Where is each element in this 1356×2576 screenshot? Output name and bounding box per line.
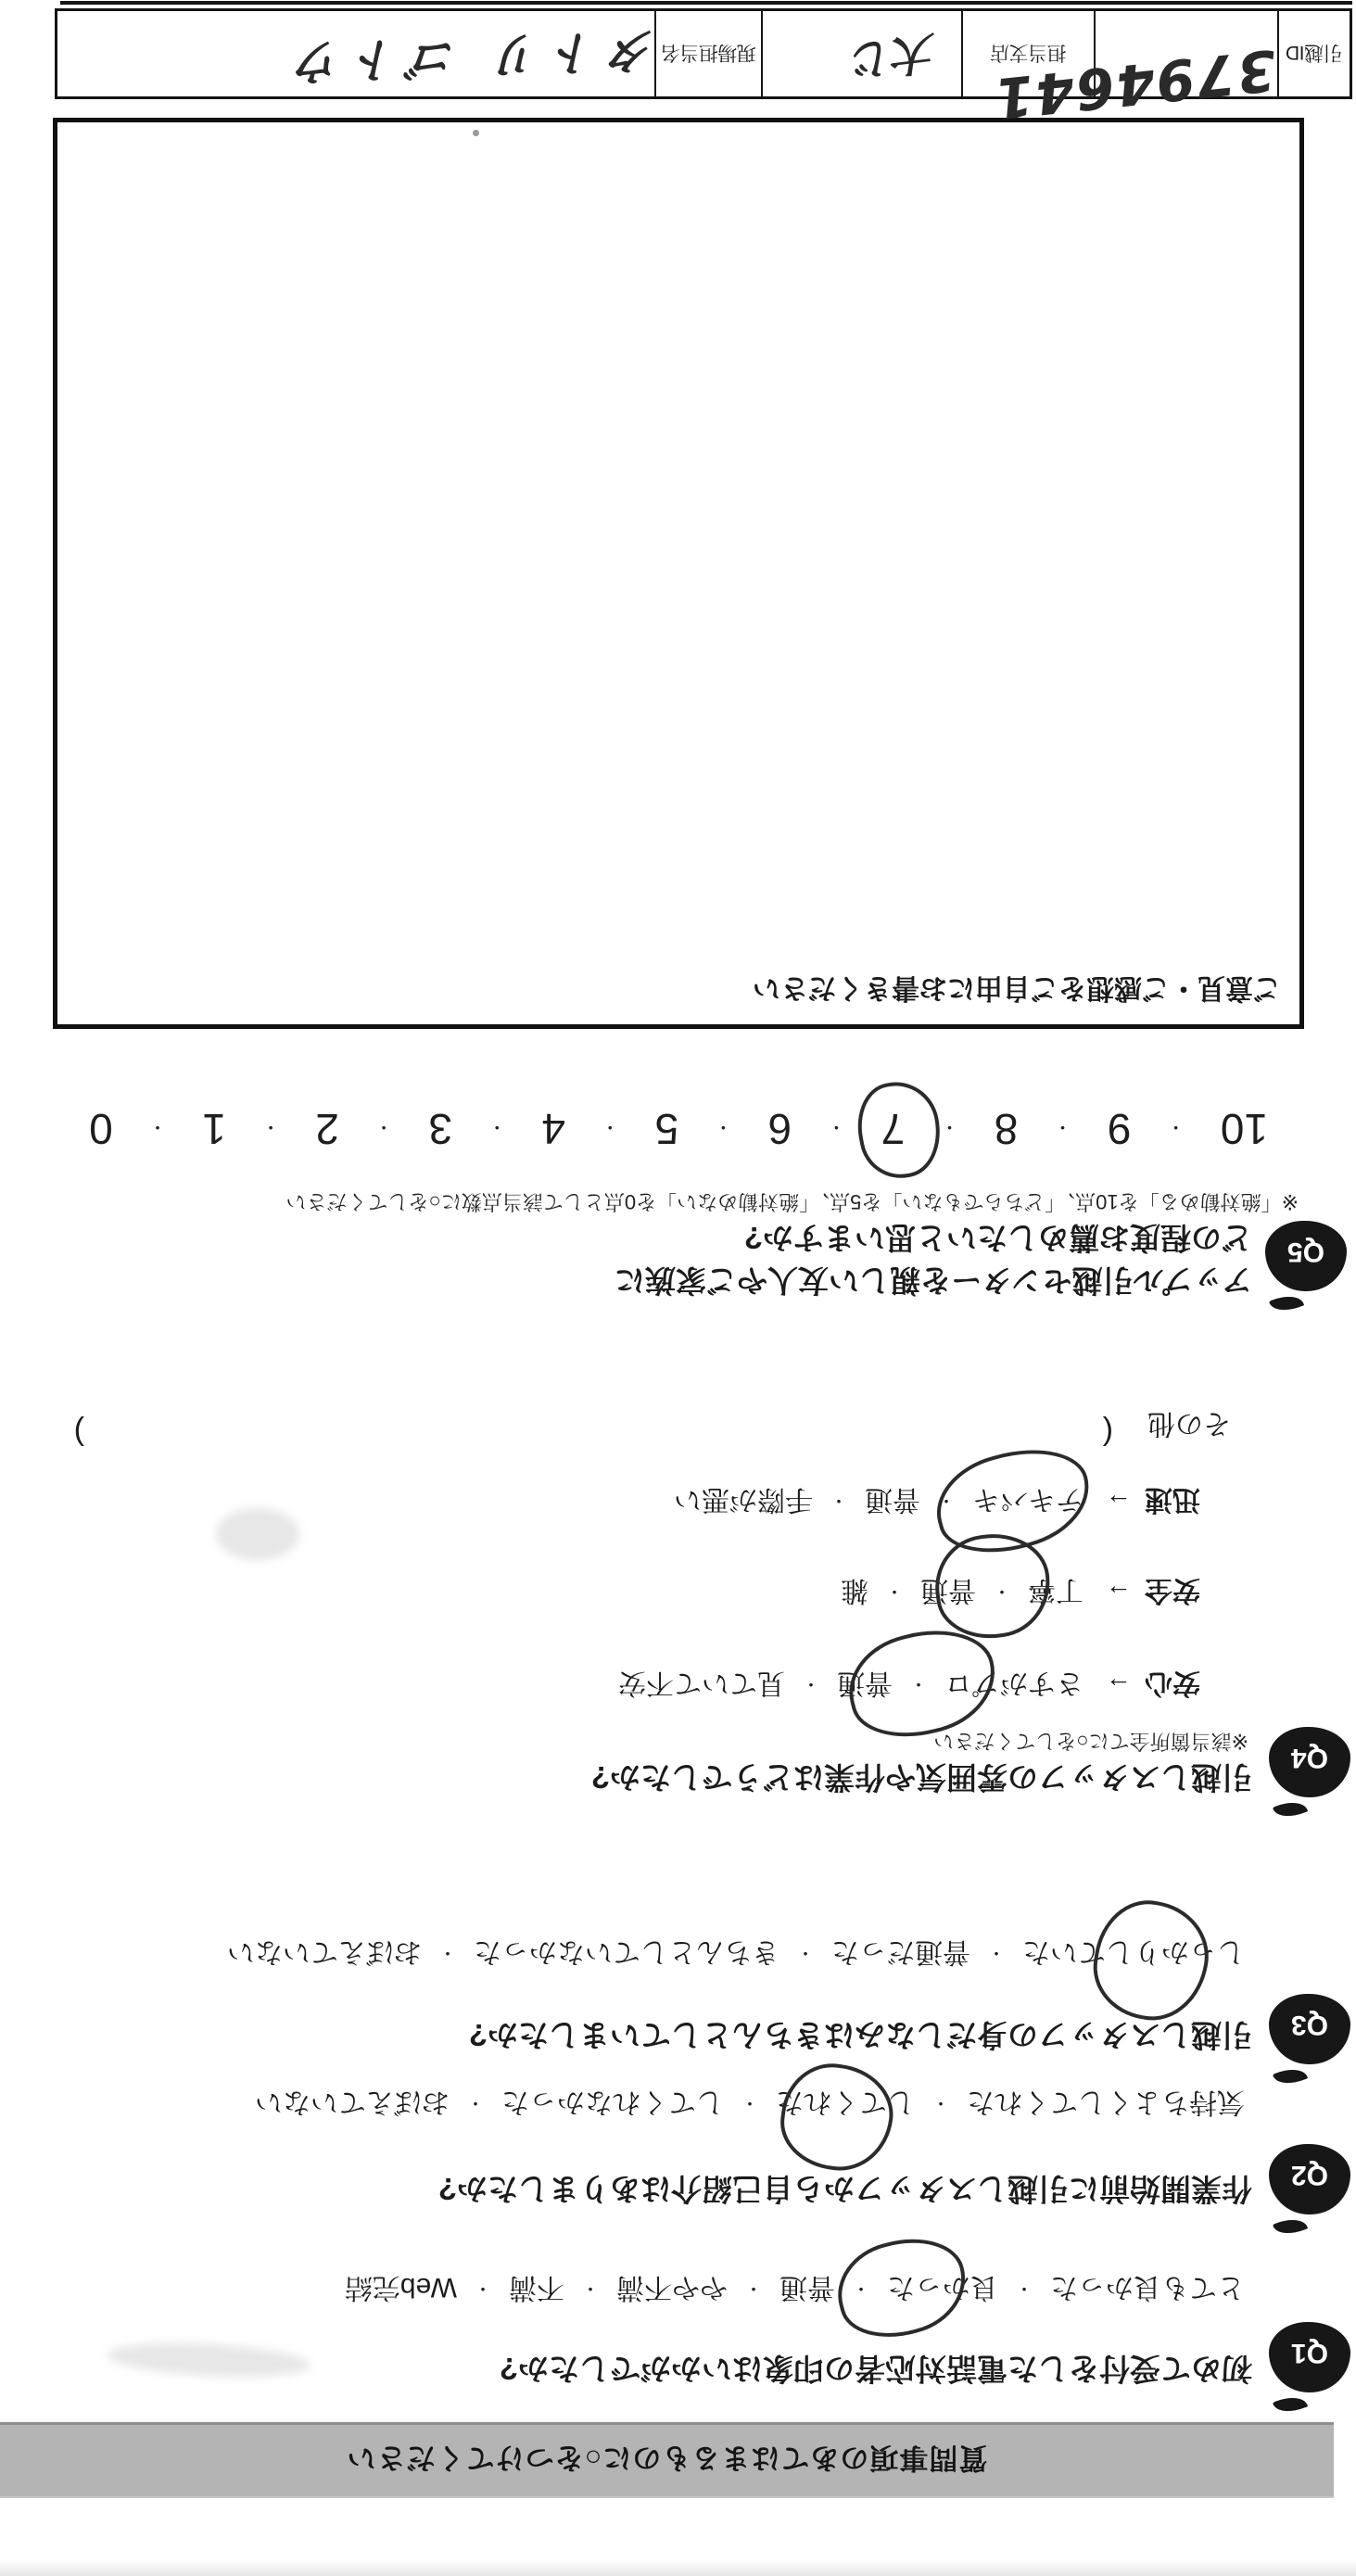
q4-other-label: その他 — [1147, 1406, 1231, 1447]
q3-title: 引越しスタッフの身だしなみはきちんとしていましたか? — [469, 2015, 1252, 2059]
separator-dot: ・ — [744, 2278, 763, 2304]
separator-dot: ・ — [802, 1673, 820, 1700]
separator-dot: ・ — [601, 1116, 619, 1143]
arrow-icon: → — [1106, 1488, 1132, 1517]
scan-smudge — [106, 2339, 310, 2380]
scale-3: 3 — [428, 1104, 452, 1154]
apple-leaf-icon — [1273, 2062, 1308, 2089]
q3-badge-label: Q3 — [1269, 2009, 1350, 2040]
arrow-icon: → — [1106, 1671, 1132, 1701]
q5-note: ※「絶対勧める」を10点、「どちらでもない」を5点、「絶対勧めない」を0点として… — [286, 1188, 1299, 1217]
q4-row2-label: 安全 — [1145, 1573, 1200, 1614]
moving-id-label: 引越ID — [1277, 11, 1350, 96]
scale-5: 5 — [655, 1104, 679, 1154]
site-staff-label: 現場担当名 — [654, 11, 761, 96]
q1-option-4: やや不満 — [616, 2270, 728, 2311]
q4-row1-label: 安心 — [1145, 1666, 1200, 1707]
q4-row3-option-2: 普通 — [865, 1482, 920, 1523]
form-title-banner: 質問事項のあてはまるものに○をつけてください — [0, 2422, 1334, 2498]
separator-dot: ・ — [987, 1942, 1006, 1969]
comment-box: ご意見・ご感想をご自由にお書きください — [53, 118, 1304, 1029]
q2-option-4: おぼえていない — [255, 2085, 450, 2126]
q4-title: 引越しスタッフの雰囲気や作業はどうでしたか? — [591, 1758, 1252, 1801]
scale-9: 9 — [1108, 1104, 1132, 1154]
separator-dot: ・ — [474, 2278, 492, 2304]
q4-badge-label: Q4 — [1269, 1742, 1350, 1773]
separator-dot: ・ — [466, 2092, 485, 2119]
q4-note: ※該当箇所全てに○をしてください — [933, 1728, 1248, 1757]
q1-option-6: Web完結 — [345, 2270, 457, 2311]
q2-option-3: してくれなかった — [501, 2085, 724, 2126]
apple-leaf-icon — [1269, 1289, 1304, 1316]
separator-dot: ・ — [261, 1116, 280, 1143]
scan-smudge — [216, 1508, 299, 1560]
q2-title: 作業開始前に引越しスタッフから自己紹介はありましたか? — [438, 2169, 1252, 2213]
separator-dot: ・ — [581, 2278, 600, 2304]
separator-dot: ・ — [148, 1116, 167, 1143]
arrow-icon: → — [1106, 1579, 1132, 1608]
q4-apple-badge-icon: Q4 — [1265, 1727, 1350, 1818]
q3-options: しっかりしていた ・ 普通だった ・ きちんとしていなかった ・ おぼえていない — [227, 1935, 1245, 1975]
scale-6: 6 — [768, 1104, 792, 1154]
rotated-sheet: 質問事項のあてはまるものに○をつけてください Q1 初めて受付をした電話対応者の… — [0, 0, 1356, 2576]
handwritten-branch: 大じ — [848, 24, 940, 95]
separator-dot: ・ — [714, 1116, 732, 1143]
q5-score-scale: 10 ・ 9 ・ 8 ・ 7 ・ 6 ・ 5 ・ 4 ・ 3 ・ 2 ・ 1 ・… — [89, 1097, 1268, 1161]
q4-other-paren-open: ( — [1103, 1415, 1113, 1451]
q4-row2-option-3: 雑 — [841, 1573, 868, 1614]
apple-leaf-icon — [1273, 1796, 1308, 1822]
q3-answer-circle-mark — [1086, 1893, 1217, 2028]
scan-speck — [473, 130, 479, 136]
q5-apple-badge-icon: Q5 — [1261, 1221, 1347, 1312]
q4-row1-option-3: 見ていて不安 — [618, 1666, 785, 1707]
q4-row3-option-3: 手際が悪い — [674, 1482, 813, 1523]
q1-option-3: 普通 — [779, 2270, 835, 2311]
separator-dot: ・ — [488, 1116, 506, 1143]
q2-options: 気持ちよくしてくれた ・ してくれた ・ してくれなかった ・ おぼえていない — [255, 2085, 1245, 2126]
q1-answer-circle-mark — [827, 2226, 977, 2351]
separator-dot: ・ — [830, 1490, 848, 1516]
separator-dot: ・ — [827, 1116, 845, 1143]
apple-leaf-icon — [1273, 2391, 1308, 2417]
q2-answer-circle-mark — [776, 2058, 899, 2176]
scale-8: 8 — [995, 1104, 1019, 1154]
scan-edge-shading — [0, 2559, 1356, 2576]
q1-badge-label: Q1 — [1269, 2337, 1350, 2368]
separator-dot: ・ — [1167, 1116, 1185, 1143]
q2-badge-label: Q2 — [1269, 2159, 1350, 2190]
separator-dot: ・ — [940, 1116, 958, 1143]
scale-0: 0 — [89, 1104, 113, 1154]
separator-dot: ・ — [885, 1580, 904, 1607]
q2-option-1: 気持ちよくしてくれた — [967, 2085, 1245, 2126]
q1-option-1: とても良かった — [1050, 2270, 1245, 2311]
q1-apple-badge-icon: Q1 — [1265, 2322, 1350, 2413]
q5-score-circle-mark — [850, 1075, 948, 1186]
q4-other-paren-close: ) — [74, 1415, 84, 1451]
apple-leaf-icon — [1273, 2213, 1308, 2240]
separator-dot: ・ — [931, 2092, 950, 2119]
q1-option-5: 不満 — [509, 2270, 564, 2311]
separator-dot: ・ — [374, 1116, 393, 1143]
scanned-questionnaire-page: { "separator": "・", "arrow": "→", "banne… — [0, 0, 1356, 2576]
form-title: 質問事項のあてはまるものに○をつけてください — [347, 2440, 988, 2481]
separator-dot: ・ — [796, 1942, 815, 1969]
separator-dot: ・ — [741, 2092, 759, 2119]
separator-dot: ・ — [438, 1942, 457, 1969]
scale-2: 2 — [315, 1104, 339, 1154]
q5-badge-label: Q5 — [1265, 1236, 1347, 1267]
q3-option-3: きちんとしていなかった — [474, 1935, 779, 1975]
scale-1: 1 — [202, 1104, 226, 1154]
q3-apple-badge-icon: Q3 — [1265, 1994, 1350, 2085]
scan-edge-line — [60, 1, 1352, 5]
q4-row3-label: 迅速 — [1145, 1482, 1200, 1523]
separator-dot: ・ — [1054, 1116, 1072, 1143]
scale-10: 10 — [1221, 1104, 1268, 1154]
q2-apple-badge-icon: Q2 — [1265, 2144, 1350, 2235]
comment-box-title: ご意見・ご感想をご自由にお書きください — [753, 971, 1281, 1011]
q3-option-2: 普通だった — [831, 1935, 970, 1975]
scale-4: 4 — [541, 1104, 565, 1154]
q3-option-4: おぼえていない — [227, 1935, 422, 1975]
q1-title: 初めて受付をした電話対応者の印象はいかがでしたか? — [500, 2349, 1252, 2392]
handwritten-staff-name: タトリ ゴトウ — [285, 19, 658, 102]
q1-options: とても良かった ・ 良かった ・ 普通 ・ やや不満 ・ 不満 ・ Web完結 — [345, 2270, 1245, 2311]
separator-dot: ・ — [1015, 2278, 1033, 2304]
q5-title-line1: アップル引越センターを親しい友人やご家族に — [615, 1261, 1252, 1304]
q5-title-line2: どの程度お薦めしたいと思いますか? — [744, 1218, 1252, 1262]
